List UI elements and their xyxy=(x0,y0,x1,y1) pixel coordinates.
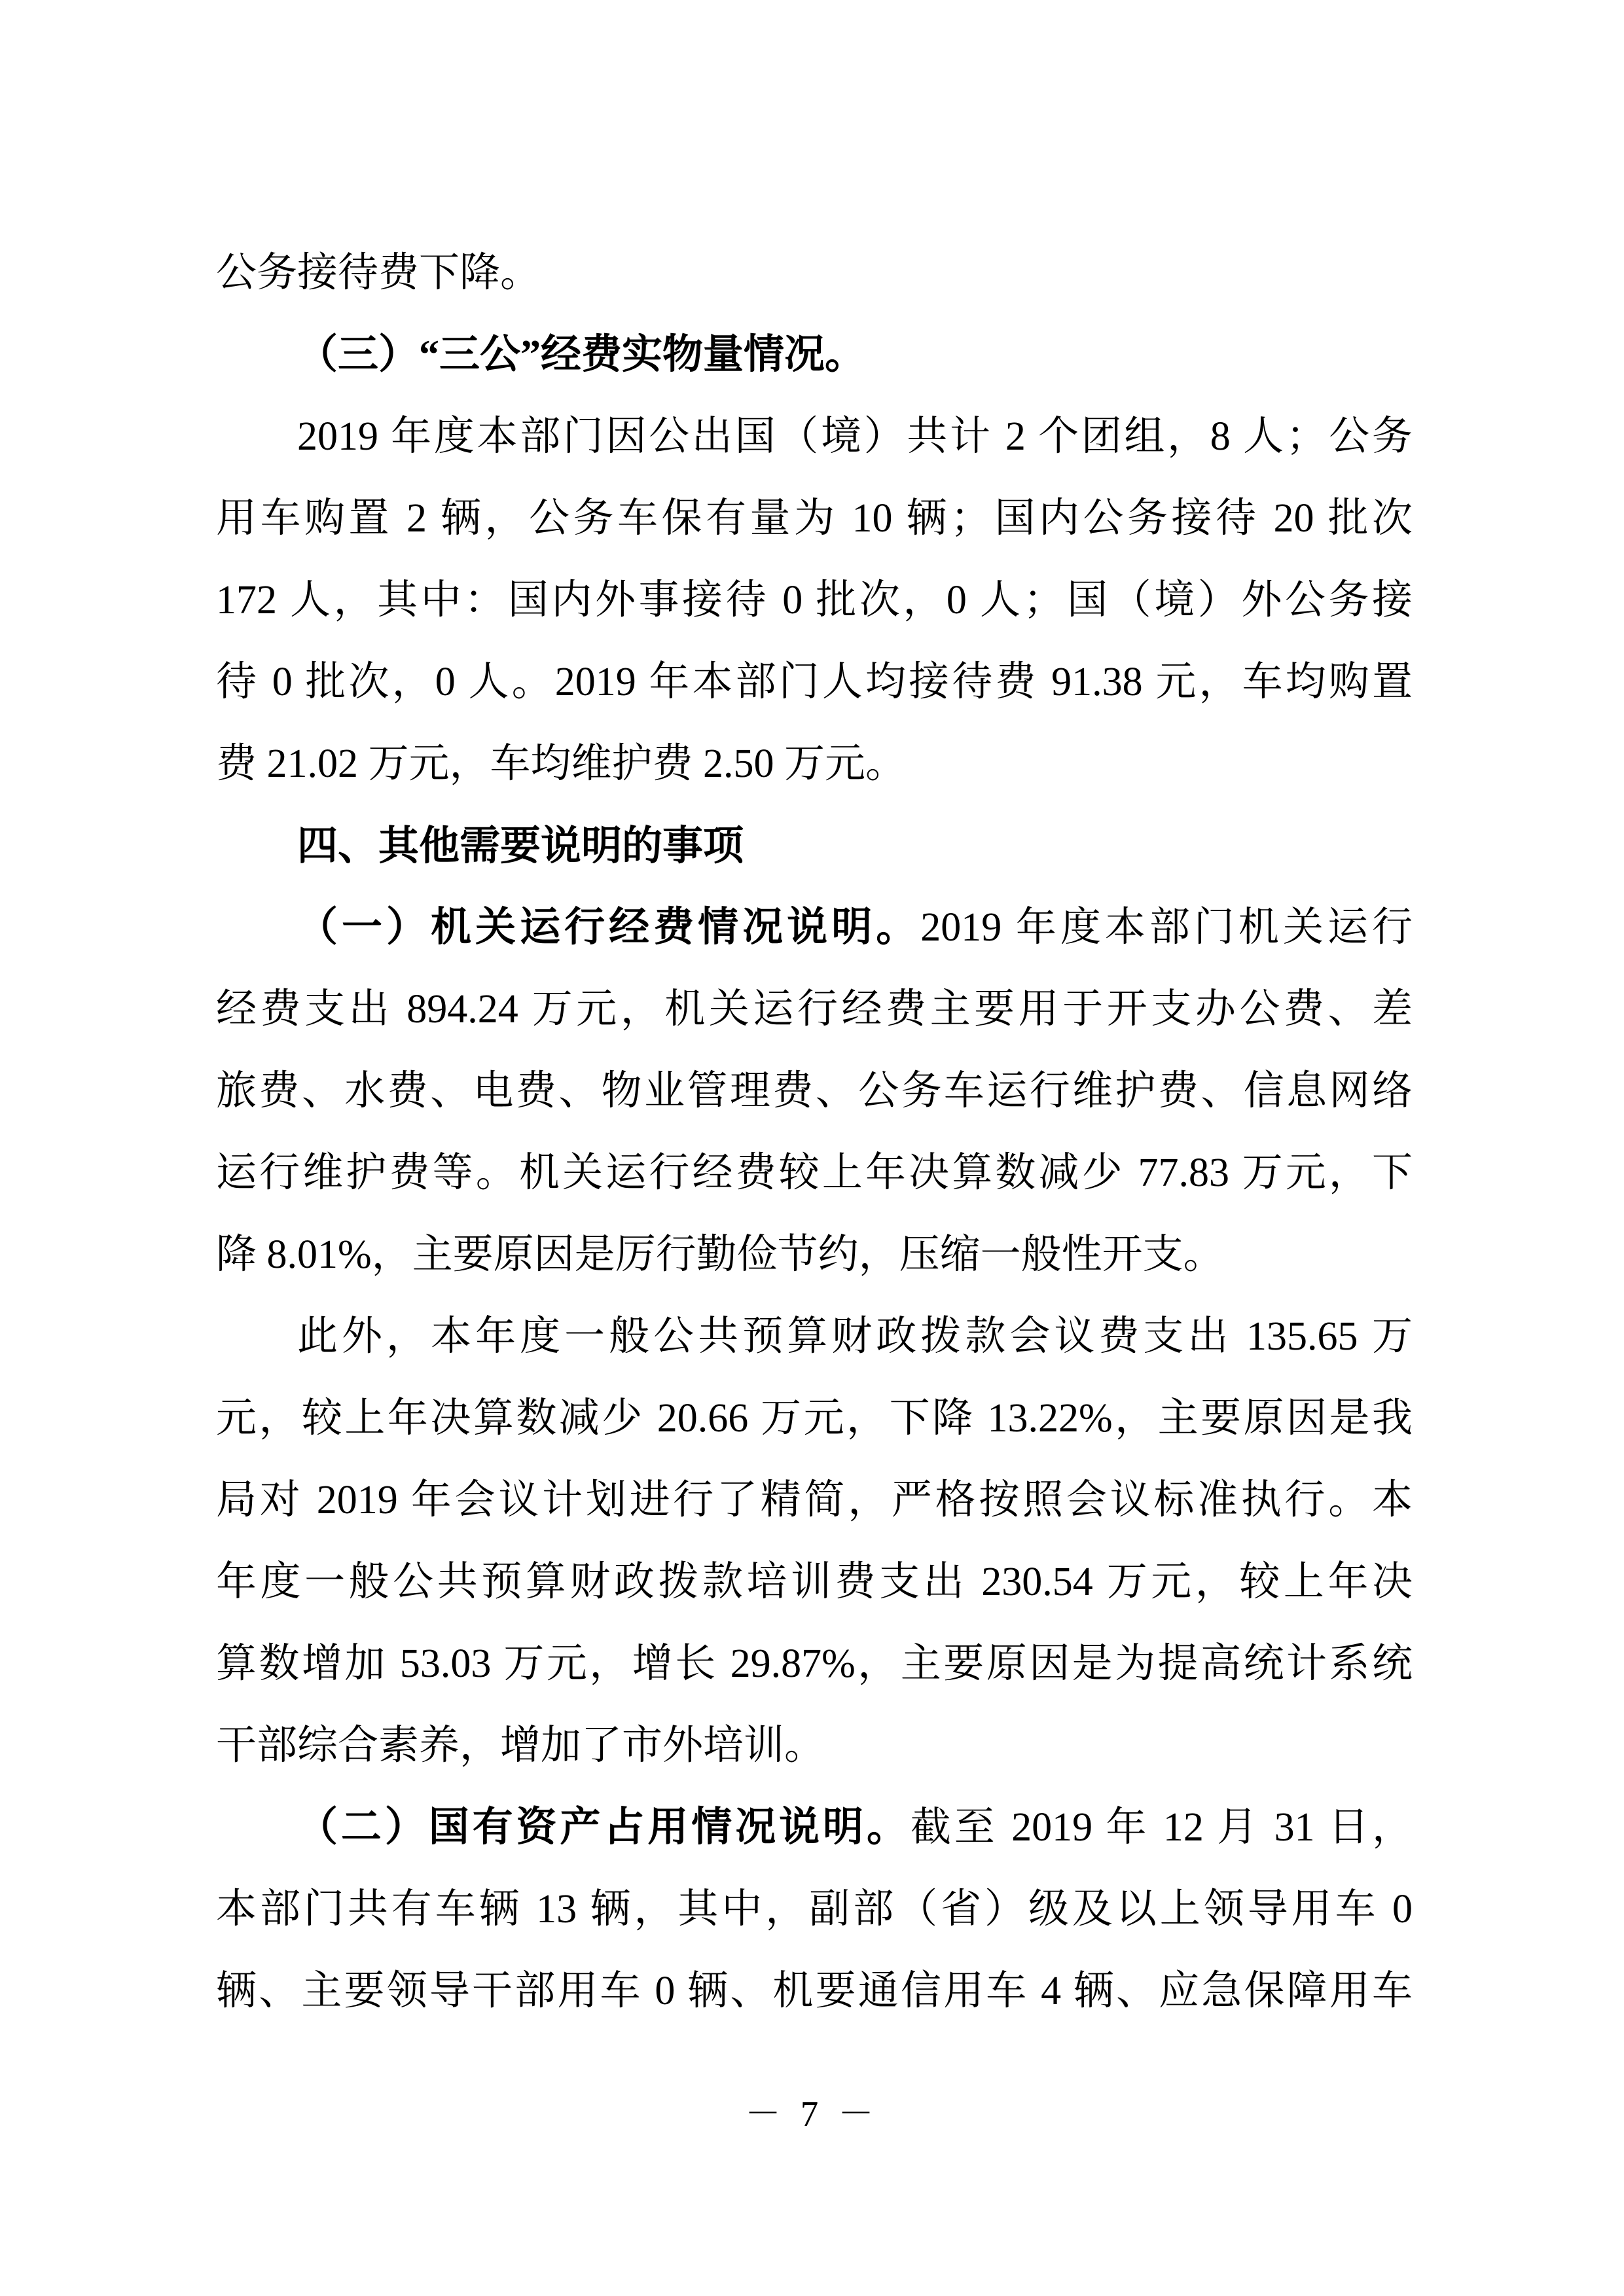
subheading-operating-expenses: （一）机关运行经费情况说明。 xyxy=(297,905,920,950)
section-heading-other-matters: 四、其他需要说明的事项 xyxy=(216,805,1413,887)
paragraph-line: 172 人，其中：国内外事接待 0 批次，0 人；国（境）外公务接 xyxy=(216,560,1413,641)
paragraph-line: 用车购置 2 辆，公务车保有量为 10 辆；国内公务接待 20 批次 xyxy=(216,478,1413,560)
paragraph-line: 元，较上年决算数减少 20.66 万元，下降 13.22%，主要原因是我 xyxy=(216,1378,1413,1460)
paragraph-line: 干部综合素养，增加了市外培训。 xyxy=(216,1705,1413,1787)
document-page: 公务接待费下降。 （三）“三公”经费实物量情况。 2019 年度本部门因公出国（… xyxy=(0,0,1624,2296)
paragraph-text: 2019 年度本部门机关运行 xyxy=(920,905,1413,950)
paragraph-line: 算数增加 53.03 万元，增长 29.87%，主要原因是为提高统计系统 xyxy=(216,1623,1413,1705)
paragraph-line: （二）国有资产占用情况说明。截至 2019 年 12 月 31 日， xyxy=(216,1787,1413,1869)
paragraph-line: 待 0 批次，0 人。2019 年本部门人均接待费 91.38 元，车均购置 xyxy=(216,641,1413,723)
paragraph-line: 此外，本年度一般公共预算财政拨款会议费支出 135.65 万 xyxy=(216,1296,1413,1378)
paragraph-line: 经费支出 894.24 万元，机关运行经费主要用于开支办公费、差 xyxy=(216,969,1413,1050)
paragraph-line: （一）机关运行经费情况说明。2019 年度本部门机关运行 xyxy=(216,887,1413,969)
paragraph-line: 辆、主要领导干部用车 0 辆、机要通信用车 4 辆、应急保障用车 xyxy=(216,1950,1413,2032)
paragraph-line: 旅费、水费、电费、物业管理费、公务车运行维护费、信息网络 xyxy=(216,1050,1413,1132)
paragraph-line: 2019 年度本部门因公出国（境）共计 2 个团组，8 人；公务 xyxy=(216,396,1413,478)
paragraph-text: 截至 2019 年 12 月 31 日， xyxy=(911,1805,1413,1850)
paragraph-line: 降 8.01%，主要原因是厉行勤俭节约，压缩一般性开支。 xyxy=(216,1214,1413,1296)
paragraph-line: 局对 2019 年会议计划进行了精简，严格按照会议标准执行。本 xyxy=(216,1460,1413,1541)
paragraph-line: 年度一般公共预算财政拨款培训费支出 230.54 万元，较上年决 xyxy=(216,1541,1413,1623)
paragraph-line: 公务接待费下降。 xyxy=(216,232,1413,314)
section-heading-three-public-physical-quantities: （三）“三公”经费实物量情况。 xyxy=(216,314,1413,396)
document-body: 公务接待费下降。 （三）“三公”经费实物量情况。 2019 年度本部门因公出国（… xyxy=(216,232,1413,2032)
page-number: － 7 － xyxy=(0,2085,1624,2144)
paragraph-line: 费 21.02 万元，车均维护费 2.50 万元。 xyxy=(216,723,1413,805)
subheading-state-assets: （二）国有资产占用情况说明。 xyxy=(297,1805,911,1850)
paragraph-line: 运行维护费等。机关运行经费较上年决算数减少 77.83 万元，下 xyxy=(216,1132,1413,1214)
paragraph-line: 本部门共有车辆 13 辆，其中，副部（省）级及以上领导用车 0 xyxy=(216,1869,1413,1950)
